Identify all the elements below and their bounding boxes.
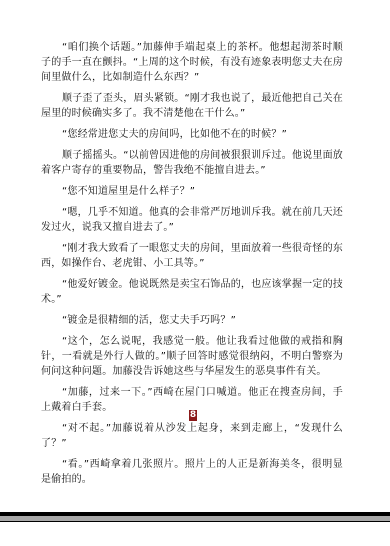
document-page: “咱们换个话题。”加藤伸手端起桌上的茶杯。他想起沏茶时顺子的手一直在颤抖。“上周… (41, 40, 343, 493)
paragraph: “对不起。”加藤说着从沙发上起身，来到走廊上，“发现什么了？” (41, 421, 343, 451)
paragraph: “看。”西崎拿着几张照片。照片上的人正是新海美冬，很明显是偷拍的。 (41, 457, 343, 487)
paragraph: “镀金是很精细的活，您丈夫手巧吗？” (41, 313, 343, 328)
paragraph: “嗯，几乎不知道。他真的会非常严厉地训斥我。就在前几天还发过火，说我又擅自进去了… (41, 205, 343, 235)
paragraph: 顺子摇摇头。“以前曾因进他的房间被狠狠训斥过。他说里面放着客户寄存的重要物品，警… (41, 148, 343, 178)
paragraph: “刚才我大致看了一眼您丈夫的房间，里面放着一些很奇怪的东西，如操作台、老虎钳、小… (41, 241, 343, 271)
paragraph: “您不知道屋里是什么样子？” (41, 184, 343, 199)
paragraph: “他爱好镀金。他说既然是卖宝石饰品的，也应该掌握一定的技术。” (41, 277, 343, 307)
footer-divider (0, 521, 390, 522)
page-number: 8 (189, 410, 197, 421)
paragraph: “您经常进您丈夫的房间吗，比如他不在的时候？” (41, 127, 343, 142)
paragraph: “这个，怎么说呢，我感觉一般。他让我看过他做的戒指和胸针，一看就是外行人做的。”… (41, 334, 343, 379)
paragraph: 顺子歪了歪头，眉头紧锁。“刚才我也说了，最近他把自己关在屋里的时候确实多了。我不… (41, 91, 343, 121)
paragraph: “咱们换个话题。”加藤伸手端起桌上的茶杯。他想起沏茶时顺子的手一直在颤抖。“上周… (41, 40, 343, 85)
